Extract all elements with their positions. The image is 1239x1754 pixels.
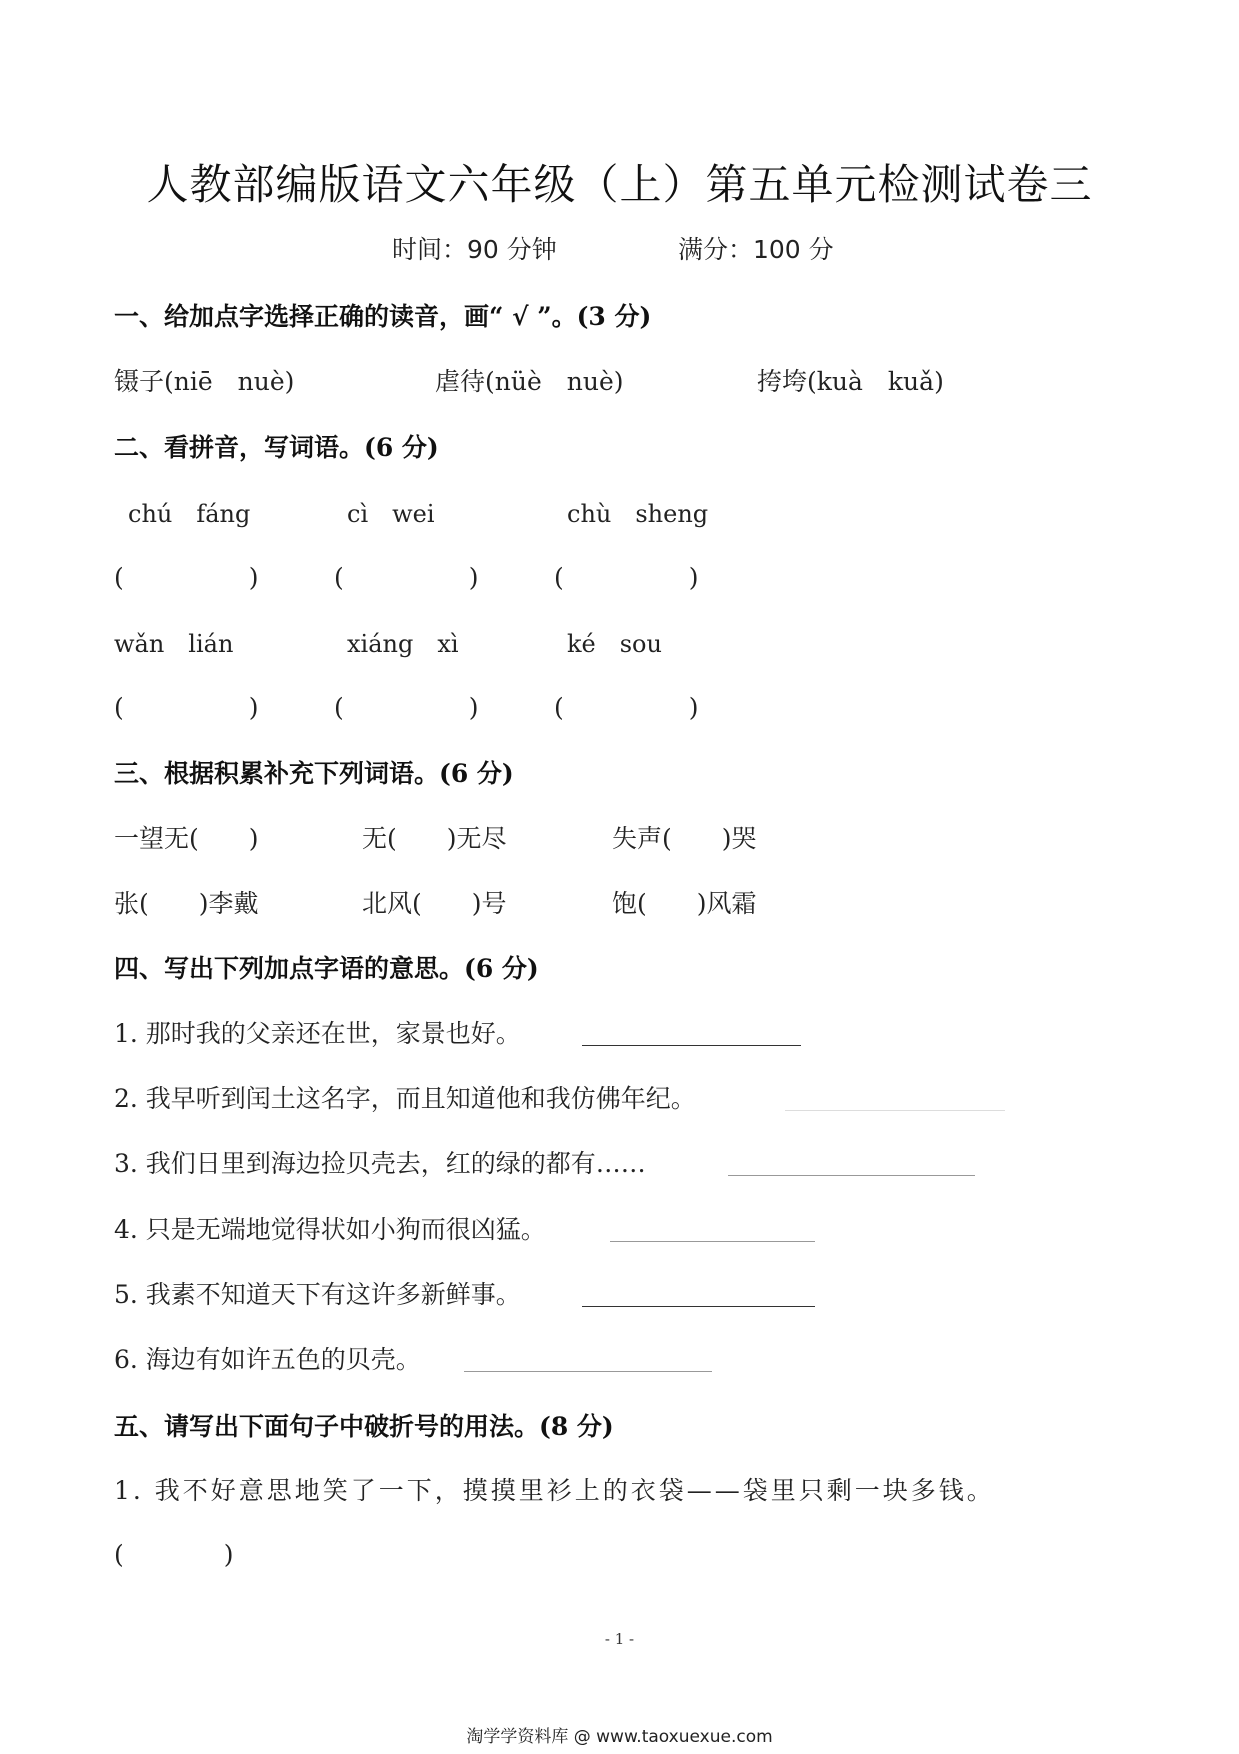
answer-line[interactable]: [610, 1241, 815, 1242]
section-1-item: 挎垮(kuà kuǎ): [757, 362, 944, 398]
pinyin-prompt: wǎn lián: [114, 624, 233, 659]
pinyin-prompt: cì wei: [347, 494, 435, 529]
section-5-heading: 五、请写出下面句子中破折号的用法。(8 分): [114, 1407, 614, 1443]
idiom-fill[interactable]: 失声( )哭: [612, 819, 757, 855]
pinyin-prompt: chù sheng: [567, 494, 708, 529]
page-title: 人教部编版语文六年级（上）第五单元检测试卷三: [0, 152, 1239, 212]
pinyin-prompt: xiáng xì: [347, 624, 459, 659]
question-item: 6. 海边有如许五色的贝壳。: [114, 1340, 421, 1376]
answer-blank[interactable]: ( ): [554, 688, 699, 724]
answer-blank[interactable]: ( ): [554, 558, 699, 594]
answer-blank[interactable]: ( ): [114, 558, 259, 594]
answer-line[interactable]: [582, 1306, 815, 1307]
pinyin-prompt: ké sou: [567, 624, 662, 659]
watermark-footer: 淘学学资料库 @ www.taoxuexue.com: [0, 1722, 1239, 1747]
question-item: 2. 我早听到闰土这名字，而且知道他和我仿佛年纪。: [114, 1079, 696, 1115]
answer-blank[interactable]: ( ): [114, 688, 259, 724]
exam-total-score: 满分：100 分: [678, 230, 834, 266]
answer-blank[interactable]: ( ): [334, 558, 479, 594]
idiom-fill[interactable]: 张( )李戴: [114, 884, 259, 920]
question-item: 5. 我素不知道天下有这许多新鲜事。: [114, 1275, 521, 1311]
question-item: 1. 那时我的父亲还在世，家景也好。: [114, 1014, 521, 1050]
section-1-heading: 一、给加点字选择正确的读音，画“ √ ”。(3 分): [114, 297, 651, 333]
answer-blank[interactable]: ( ): [334, 688, 479, 724]
exam-time: 时间：90 分钟: [392, 230, 557, 266]
pinyin-prompt: chú fáng: [128, 494, 250, 529]
answer-line[interactable]: [464, 1371, 712, 1372]
question-item: 3. 我们日里到海边捡贝壳去，红的绿的都有……: [114, 1144, 646, 1180]
idiom-fill[interactable]: 北风( )号: [362, 884, 507, 920]
section-1-item: 虐待(nüè nuè): [435, 362, 624, 398]
section-2-heading: 二、看拼音，写词语。(6 分): [114, 428, 439, 464]
idiom-fill[interactable]: 一望无( ): [114, 819, 259, 855]
section-1-item: 镊子(niē nuè): [114, 362, 294, 398]
idiom-fill[interactable]: 无( )无尽: [362, 819, 507, 855]
answer-line[interactable]: [728, 1175, 975, 1176]
answer-line[interactable]: [582, 1045, 801, 1046]
answer-blank[interactable]: ( ): [114, 1535, 234, 1571]
question-item: 4. 只是无端地觉得状如小狗而很凶猛。: [114, 1210, 546, 1246]
idiom-fill[interactable]: 饱( )风霜: [612, 884, 757, 920]
section-3-heading: 三、根据积累补充下列词语。(6 分): [114, 754, 514, 790]
answer-line[interactable]: [785, 1110, 1005, 1111]
page-number: - 1 -: [0, 1630, 1239, 1648]
section-4-heading: 四、写出下列加点字语的意思。(6 分): [114, 949, 539, 985]
question-item: 1. 我不好意思地笑了一下，摸摸里衫上的衣袋——袋里只剩一块多钱。: [114, 1471, 995, 1507]
